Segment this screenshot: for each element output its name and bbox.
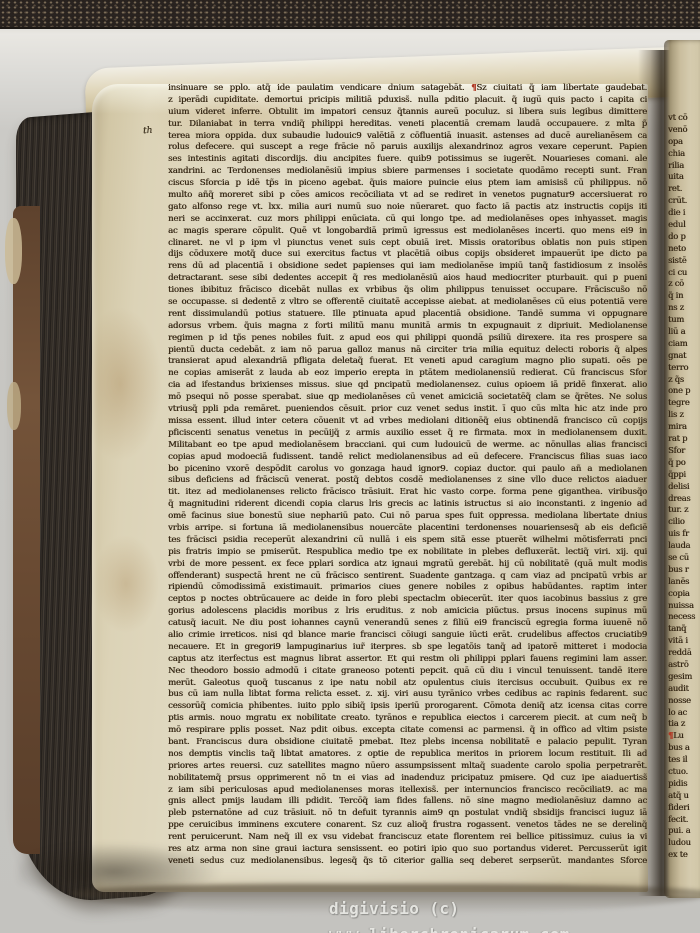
text-line: pientū ducta cedebāt. z iam nō parua gal… (168, 345, 647, 357)
text-line: ciscus Sforcia p idē tp̃s in piceno ageb… (168, 178, 647, 190)
text-line: bus cū iam nulla libtat̃ forma relicta e… (168, 689, 647, 701)
fragment-line: sistē (668, 255, 700, 267)
text-line: rens dū ad placentiā i obsidione sedet p… (168, 261, 647, 273)
fragment-line: ¶Lu (668, 730, 700, 742)
fragment-line: ex te (668, 849, 700, 861)
fragment-line: vitā i (668, 635, 700, 647)
fragment-line: liū a (668, 326, 700, 338)
text-line: multo añq̃ moreret̃ sibi p cōes amicos r… (168, 190, 647, 202)
fragment-line: se cū (668, 552, 700, 564)
text-line: catusq̃ iacuit. Ne diu post iohannes cay… (168, 618, 647, 630)
leather-worn-patch (5, 218, 22, 284)
text-line: nos demptis vinclis taq̃ libtat̃ amatore… (168, 749, 647, 761)
text-line: ripiendū cōmodissimā existimauit. primar… (168, 582, 647, 594)
text-line: tes frācisci psidia receperūt alexandrin… (168, 535, 647, 547)
fragment-line: tanq̃ (668, 623, 700, 635)
fragment-line: lauda (668, 540, 700, 552)
text-line: se occupasse. si dedentē z vltro se offe… (168, 297, 647, 309)
fragment-line: do p (668, 231, 700, 243)
fragment-line: z cō (668, 278, 700, 290)
text-line: dijs cōduxere motq̃ duce sui exercitus f… (168, 249, 647, 261)
fragment-line: gnat (668, 350, 700, 362)
text-line: Nec theodoro bossio admodū i citate gran… (168, 666, 647, 678)
fragment-line: venō (668, 124, 700, 136)
fragment-line: q̃ in (668, 290, 700, 302)
text-line: ptis armis. nouo mgratu ex nobilitate cr… (168, 713, 647, 725)
fragment-line: rilia (668, 160, 700, 172)
fragment-line: z q̃s (668, 374, 700, 386)
fragment-line: dreas (668, 493, 700, 505)
fragment-line: die i (668, 207, 700, 219)
fragment-line: ludou (668, 837, 700, 849)
fragment-line: fideri (668, 802, 700, 814)
fragment-line: tia z (668, 718, 700, 730)
text-line: alio crimie irreticos. nisi qd blance ma… (168, 630, 647, 642)
text-line: q̃ magnitudini riderent dicendi copia cl… (168, 499, 647, 511)
text-line: gorius adolescens placidis moribus z lri… (168, 606, 647, 618)
fragment-line: tum (668, 314, 700, 326)
fragment-line: necess (668, 611, 700, 623)
fragment-line: bus r (668, 564, 700, 576)
text-line: vtriusq̃ ppli pda remāret̃. pueniendos c… (168, 404, 647, 416)
fragment-line: rat p (668, 433, 700, 445)
text-line: transierat apud alexandriā pfligata dele… (168, 356, 647, 368)
fragment-line: ci cu (668, 267, 700, 279)
fragment-line: ctuo. (668, 766, 700, 778)
text-line: z iperādi cupiditate. demortui pricipis … (168, 95, 647, 107)
text-line: ne copias amiserāt z lauda ab eoz imperi… (168, 368, 647, 380)
text-line: offenderant) suspectā hrent ne cū frācis… (168, 571, 647, 583)
text-line: captus atz iterfectus est magnus librat̃… (168, 654, 647, 666)
text-line: z iam sibi periculosas apud mediolanense… (168, 785, 647, 797)
text-line: xandrini. ac Terdonenses mediolanēsiū im… (168, 166, 647, 178)
leather-worn-patch (7, 382, 21, 430)
fragment-line: tes il (668, 754, 700, 766)
rubric-pilcrow: ¶ (471, 83, 476, 93)
binding-leather-strip (13, 206, 40, 854)
text-line: pficiscenti senatus venetus in pecūijq̃ … (168, 428, 647, 440)
text-line: detractarant. sese sibi dedentes accepit… (168, 273, 647, 285)
text-line: cia ad ifestandus brixienses missus. siu… (168, 380, 647, 392)
text-line: gato alfonso rege vt. lxx. milia auri nu… (168, 202, 647, 214)
fragment-line: pui. a (668, 825, 700, 837)
text-line: bant. Franciscus dura obsidione ciuitatē… (168, 737, 647, 749)
fragment-line: uita (668, 171, 700, 183)
text-line: priores artes reuersi. cuz satellites ma… (168, 761, 647, 773)
text-line: ses intestinis agitati discordijs. diu a… (168, 154, 647, 166)
book-photo: insinuare se pplo. atq̃ ide paulatim ven… (0, 0, 700, 933)
carpet-strip (0, 0, 700, 29)
text-line: ppe ceruicibus imminens excutere conaren… (168, 820, 647, 832)
text-line: mō psequi nō posse sperabat. siue qp med… (168, 392, 647, 404)
fragment-line: opa (668, 136, 700, 148)
text-line: merūt. Galeotus quoq̃ tuscanus z ipe nat… (168, 678, 647, 690)
text-line: insinuare se pplo. atq̃ ide paulatim ven… (168, 83, 647, 95)
text-line: omē facinus siue bonestū siue nephariū p… (168, 511, 647, 523)
fragment-line: q̃ po (668, 457, 700, 469)
text-line: cessorūq̃ comicia phibentes. iuito pplo … (168, 701, 647, 713)
fragment-line: bus a (668, 742, 700, 754)
fragment-line: delisi (668, 481, 700, 493)
text-line: tit. itez ad mediolanenses relicto frāci… (168, 487, 647, 499)
fragment-line: terro (668, 362, 700, 374)
fragment-line: atq̃ u (668, 790, 700, 802)
text-block: insinuare se pplo. atq̃ ide paulatim ven… (168, 83, 647, 875)
text-line: pis fratris impio se pmiserūt. Respublic… (168, 547, 647, 559)
fragment-line: audit (668, 683, 700, 695)
fragment-line: q̃ppi (668, 469, 700, 481)
text-line: bo picenino vxorē despōdit carolus vo go… (168, 464, 647, 476)
text-line: vrbi de more pessent. ex fece pplari sor… (168, 559, 647, 571)
text-line: Militabant eo tpe apud mediolanēsem brac… (168, 440, 647, 452)
fragment-line: chia (668, 148, 700, 160)
text-line: ceptos p noctes obtrūcauere ac deide in … (168, 594, 647, 606)
rubric-pilcrow: ¶ (668, 730, 673, 740)
text-line: tur. Dilaniabat̃ in terra vndiq̃ philipp… (168, 119, 647, 131)
text-line: pleb psternatōne ad cuz trāsiuit. nō tn … (168, 808, 647, 820)
fragment-line: edul (668, 219, 700, 231)
margin-annotation: th (143, 126, 153, 137)
text-line: copias apud modoeciā fudissent. tandē re… (168, 452, 647, 464)
fragment-line: mira (668, 421, 700, 433)
text-line: regimen p id tp̃s penes nobiles fuit. z … (168, 333, 647, 345)
text-line: vrbis arripe. si fortuna iā mediolanensi… (168, 523, 647, 535)
fragment-line: lanēs (668, 576, 700, 588)
text-line: clinaret. ne vl̃ p ipm vl̃ piunctus vene… (168, 238, 647, 250)
text-line: sibus deficiens ad frāciscū venerat. pos… (168, 475, 647, 487)
fragment-line: ret. (668, 183, 700, 195)
right-page-column: vt cōvenōopachiariliauitaret.crūt.die ie… (668, 112, 700, 882)
fragment-line: lo ac (668, 707, 700, 719)
fragment-line: reddā (668, 647, 700, 659)
text-line: ac magis sperare cōpulit. Quē vt longoba… (168, 226, 647, 238)
fragment-line: vt cō (668, 112, 700, 124)
fragment-line: crūt. (668, 195, 700, 207)
fragment-line: astrō (668, 659, 700, 671)
text-line: nobilitatemq̃ prsus opprimerent nō tn ei… (168, 773, 647, 785)
fragment-line: ns z (668, 302, 700, 314)
fragment-line: ciam (668, 338, 700, 350)
fragment-line: uis fr (668, 528, 700, 540)
text-line: adorsus vrbem. q̃uis magna z forti milit… (168, 321, 647, 333)
text-line: terea miora oppida. dux subaudie ludouic… (168, 131, 647, 143)
text-line: uium videret̃ inferre. Obtulit im impato… (168, 107, 647, 119)
fragment-line: nuissa (668, 600, 700, 612)
text-line: missa essent. illud inter cetera cōuenit… (168, 416, 647, 428)
fragment-line: tur. z (668, 504, 700, 516)
fragment-line: pidis (668, 778, 700, 790)
watermark-text: digivisio (c) www.liberchronicarum.com (329, 896, 700, 922)
text-line: tiones ibibituz frācisco dicebāt nullas … (168, 285, 647, 297)
fragment-line: cilio (668, 516, 700, 528)
text-line: mō respirare pplis posset. Naz pdit̃ oib… (168, 725, 647, 737)
fragment-line: fecit. (668, 814, 700, 826)
fragment-line: tegre (668, 397, 700, 409)
text-line: neri se accinxerat. cuz mors philippi en… (168, 214, 647, 226)
fragment-line: Sfor (668, 445, 700, 457)
fragment-line: nosse (668, 695, 700, 707)
fragment-line: one p (668, 385, 700, 397)
text-line: gnis allect̃ pmijs laudam illi pdidit. T… (168, 796, 647, 808)
fragment-line: copia (668, 588, 700, 600)
fragment-line: neto (668, 243, 700, 255)
text-line: necauere. Et in gregori9 lampuginarius i… (168, 642, 647, 654)
fragment-line: gesim (668, 671, 700, 683)
fragment-line: lis z (668, 409, 700, 421)
text-line: rolus defecere. qui suscept̃ a rege frāc… (168, 142, 647, 154)
text-line: rent̃ dissimulandū potius statuere. Ille… (168, 309, 647, 321)
